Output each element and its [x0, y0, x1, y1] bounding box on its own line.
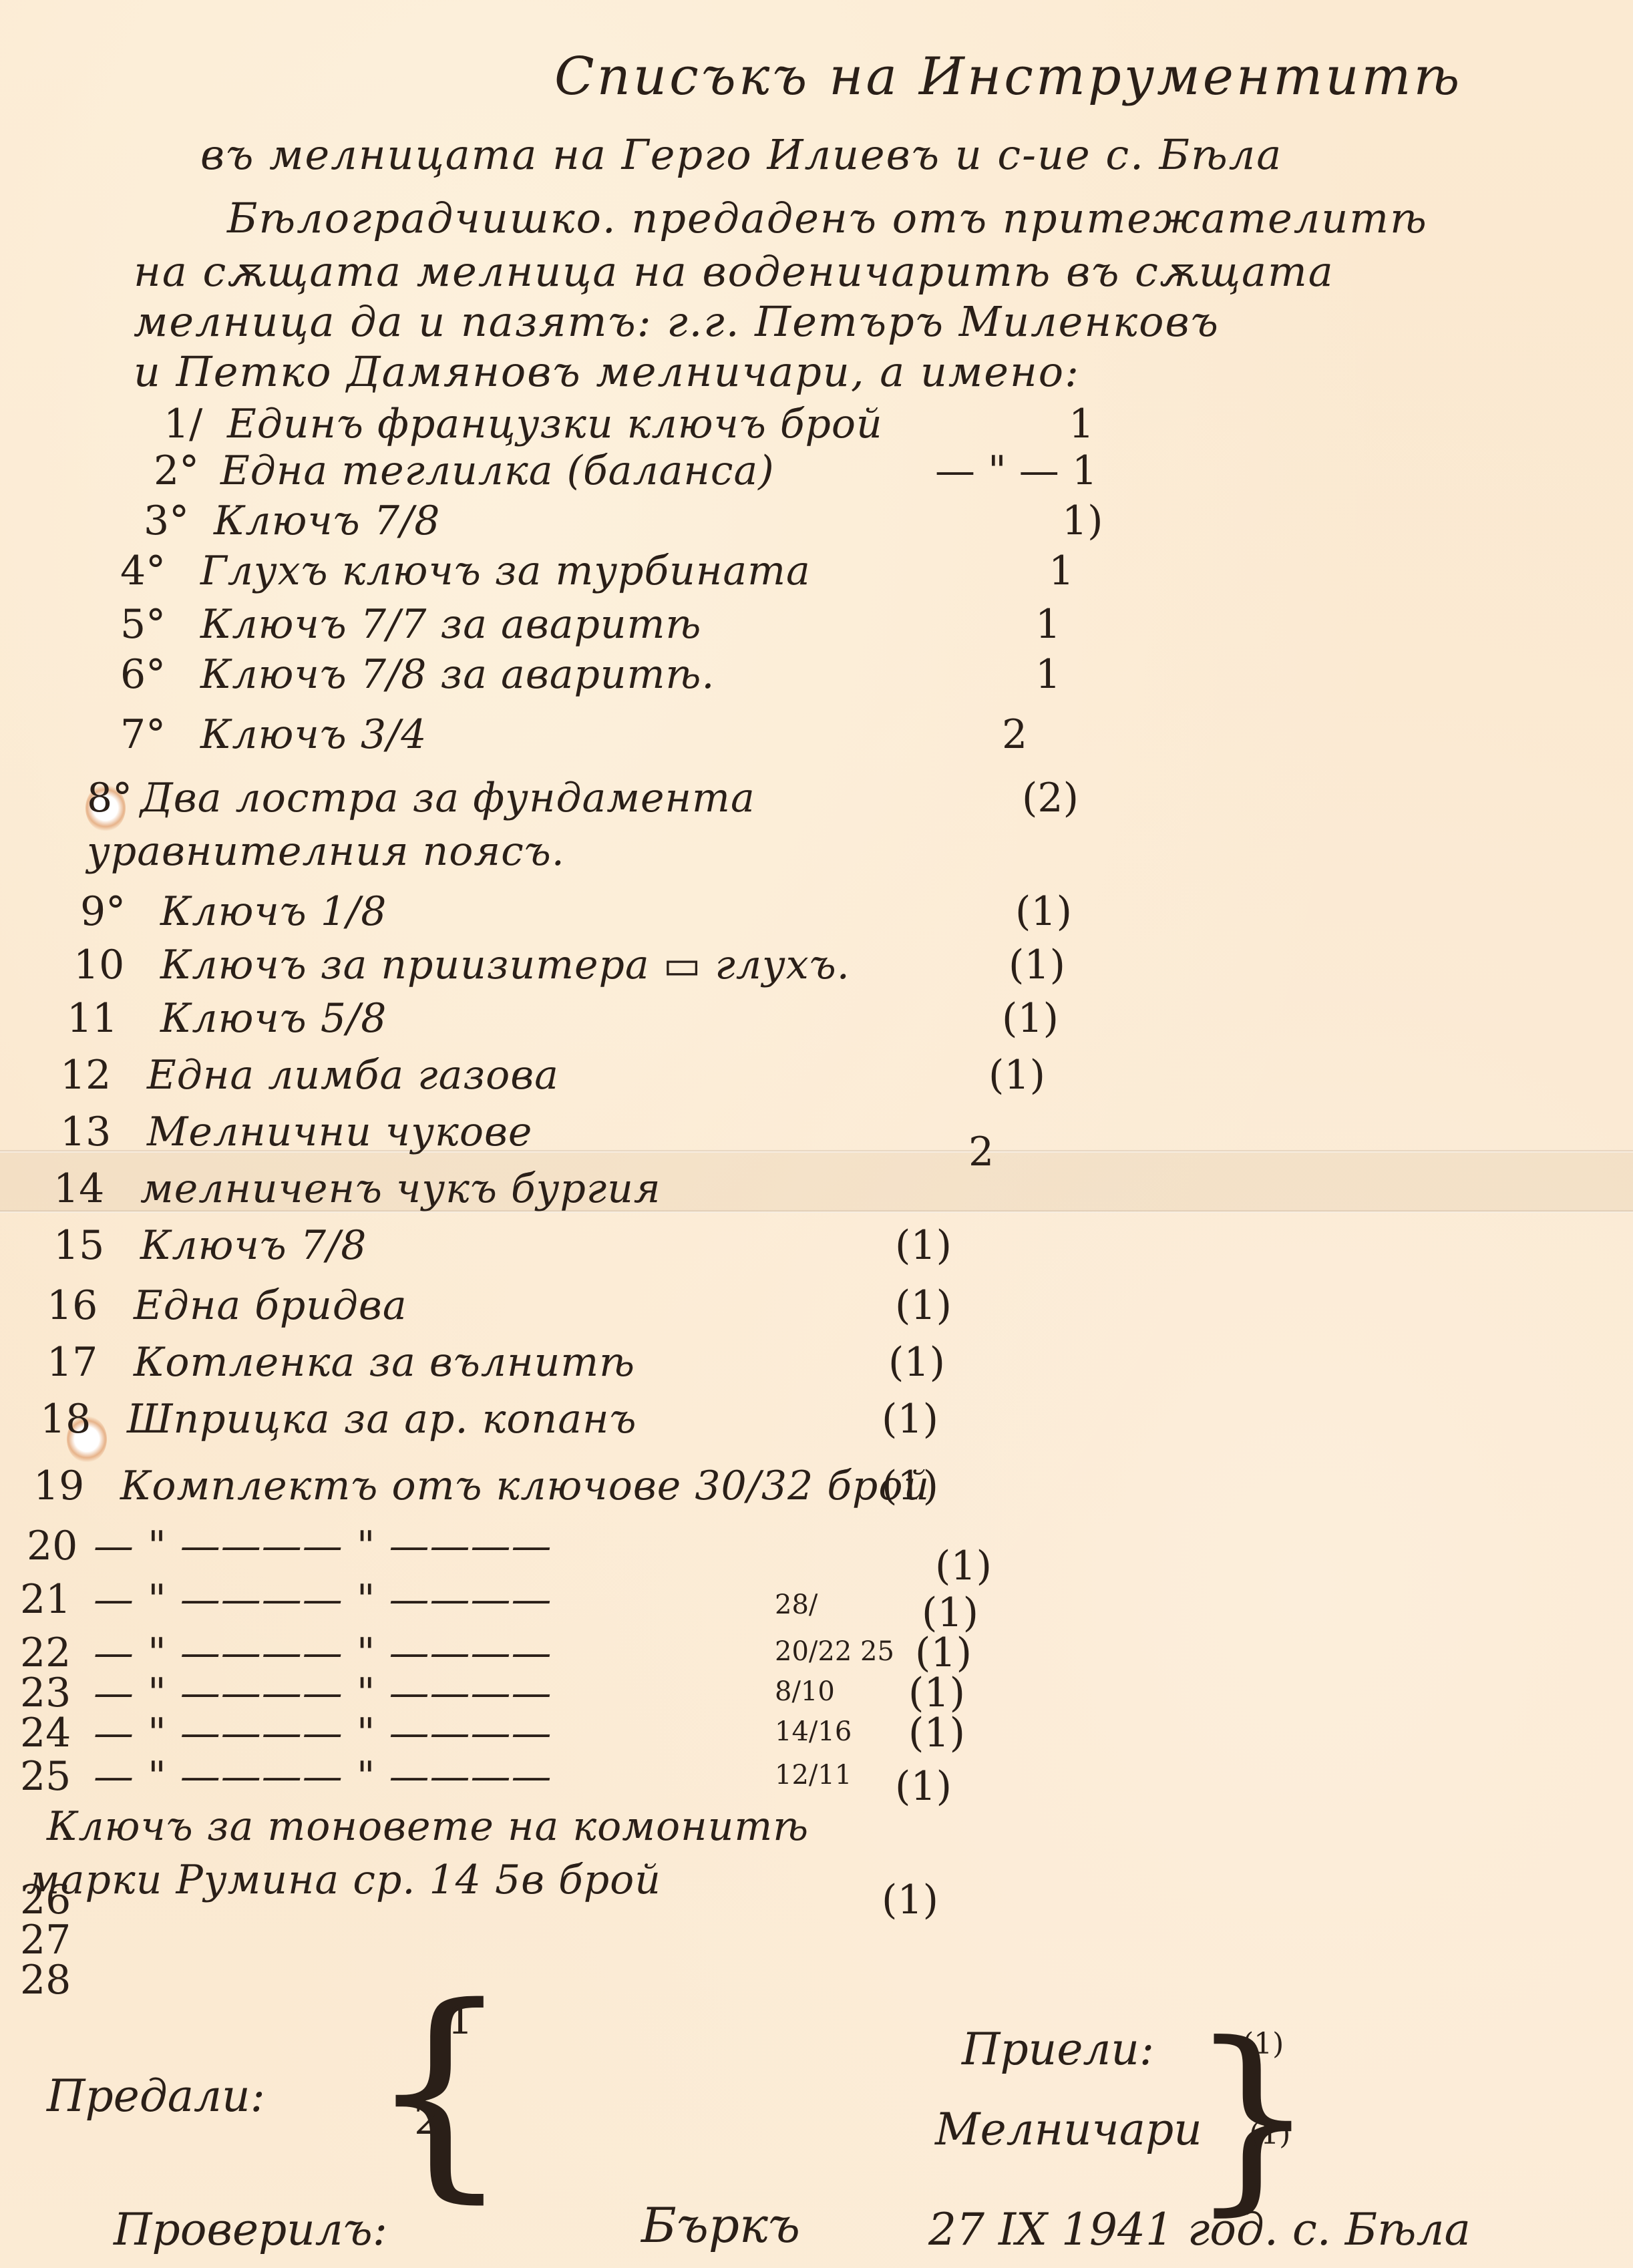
item-number: 19 — [33, 1463, 84, 1509]
item-text: уравнителния поясъ. — [87, 828, 565, 875]
item-qty: (1) — [895, 1282, 952, 1329]
item-text: Ключъ 7/8 — [214, 498, 440, 544]
item-text: Ключъ за приизитера ▭ глухъ. — [160, 942, 850, 988]
item-text: Единъ французки ключъ брой — [227, 401, 883, 447]
item-qty: (1) — [908, 1710, 965, 1756]
item-number: 8° — [87, 775, 132, 821]
item-number: 6° — [120, 651, 166, 698]
item-size: 14/16 — [775, 1716, 852, 1747]
millers-label: Мелничари — [935, 2104, 1202, 2155]
item-qty: 2 — [1002, 711, 1027, 758]
item-qty: — " — 1 — [935, 447, 1097, 494]
item-text: — " ———— " ———— — [94, 1753, 552, 1800]
item-number: 7° — [120, 711, 166, 758]
item-number: 3° — [144, 498, 189, 544]
millers-mark: (1) — [1249, 2117, 1290, 2151]
item-number: 16 — [47, 1282, 98, 1329]
item-text: Ключъ 7/7 за аваритѣ — [200, 601, 701, 648]
item-number: 11 — [67, 995, 118, 1042]
item-text: Котленка за вълнитѣ — [134, 1339, 635, 1386]
item-text: Една теглилка (баланса) — [220, 447, 775, 494]
item-qty: (1) — [882, 1396, 938, 1443]
item-number: 9° — [80, 888, 126, 935]
item-text: Ключъ 1/8 — [160, 888, 387, 935]
item-text: Ключъ 7/8 за аваритѣ. — [200, 651, 715, 698]
item-text: марки Румина ср. 14 5в брой — [27, 1857, 661, 1903]
item-text: Комплектъ отъ ключове 30/32 брой — [120, 1463, 930, 1509]
checked-signature: Бъркъ — [641, 2197, 800, 2253]
item-size: 20/22 25 — [775, 1636, 894, 1667]
item-text: Ключъ 5/8 — [160, 995, 387, 1042]
intro-line-1: въ мелницата на Герго Илиевъ и с-ие с. Б… — [200, 130, 1282, 179]
item-text: — " ———— " ———— — [94, 1710, 552, 1756]
document-title: Списъкъ на Инструментитѣ — [554, 47, 1462, 107]
item-text: Една лимба газова — [147, 1052, 559, 1099]
item-qty: 1) — [1062, 498, 1103, 544]
item-qty: 1 — [1035, 651, 1061, 698]
item-qty: 1 — [1069, 401, 1094, 447]
item-size: 8/10 — [775, 1676, 835, 1707]
item-number: 4° — [120, 548, 166, 594]
item-qty: (1) — [1002, 995, 1059, 1042]
item-qty: (1) — [895, 1222, 952, 1269]
item-text: Една бридва — [134, 1282, 407, 1329]
received-label: Приели: — [962, 2024, 1154, 2075]
item-number: 10 — [73, 942, 124, 988]
handed-over-mark-1: 1 — [447, 1997, 473, 2044]
checked-label: Проверилъ: — [114, 2204, 387, 2255]
item-qty: (1) — [882, 1877, 938, 1923]
intro-line-4: мелница да и пазятъ: г.г. Петъръ Миленко… — [134, 297, 1220, 346]
item-number: 17 — [47, 1339, 98, 1386]
intro-line-3: на сѫщата мелница на воденичаритѣ въ сѫщ… — [134, 247, 1334, 296]
item-text: Шприцка за ар. копанъ — [127, 1396, 637, 1443]
item-qty: (1) — [895, 1763, 952, 1810]
item-text: Ключъ 7/8 — [140, 1222, 367, 1269]
item-qty: (1) — [1015, 888, 1072, 935]
item-number: 24 — [20, 1710, 71, 1756]
brace-icon: { — [367, 1977, 512, 2204]
item-size: 28/ — [775, 1589, 818, 1620]
item-number: 15 — [53, 1222, 104, 1269]
item-number: 28 — [20, 1957, 71, 2004]
item-text: — " ———— " ———— — [94, 1576, 552, 1623]
item-qty: (1) — [1009, 942, 1065, 988]
item-text: Мелнични чукове — [147, 1109, 532, 1155]
item-number: 14 — [53, 1165, 104, 1212]
item-number: 1/ — [164, 401, 202, 447]
item-text: Глухъ ключъ за турбината — [200, 548, 811, 594]
item-qty: (1) — [935, 1543, 992, 1589]
item-qty: (1) — [888, 1339, 945, 1386]
handed-over-mark-2: 2 — [414, 2097, 439, 2144]
item-qty: (1) — [988, 1052, 1045, 1099]
item-qty: 1 — [1035, 601, 1061, 648]
item-number: 13 — [60, 1109, 111, 1155]
intro-line-2: Бѣлоградчишко. предаденъ отъ притежатели… — [227, 194, 1428, 242]
item-size: 12/11 — [775, 1760, 852, 1790]
item-qty: 2 — [968, 1129, 994, 1175]
date-place: 27 IX 1941 год. с. Бѣла — [928, 2204, 1471, 2255]
item-text: Ключъ 3/4 — [200, 711, 427, 758]
item-text: мелниченъ чукъ бургия — [140, 1165, 661, 1212]
item-number: 20 — [27, 1523, 77, 1569]
item-number: 12 — [60, 1052, 111, 1099]
item-text: Два лостра за фундамента — [140, 775, 755, 821]
scanned-document-page: Списъкъ на Инструментитѣ въ мелницата на… — [0, 0, 1633, 2268]
item-qty: 1 — [1049, 548, 1074, 594]
handed-over-label: Предали: — [47, 2070, 265, 2122]
item-number: 21 — [20, 1576, 71, 1623]
item-text: Ключъ за тоновете на комонитѣ — [47, 1803, 809, 1850]
item-number: 2° — [154, 447, 199, 494]
item-number: 5° — [120, 601, 166, 648]
intro-line-5: и Петко Дамяновъ мелничари, а имено: — [134, 347, 1080, 396]
item-qty: (2) — [1022, 775, 1079, 821]
item-text: — " ———— " ———— — [94, 1523, 552, 1569]
item-qty: (1) — [882, 1463, 938, 1509]
item-number: 18 — [40, 1396, 91, 1443]
item-number: 25 — [20, 1753, 71, 1800]
